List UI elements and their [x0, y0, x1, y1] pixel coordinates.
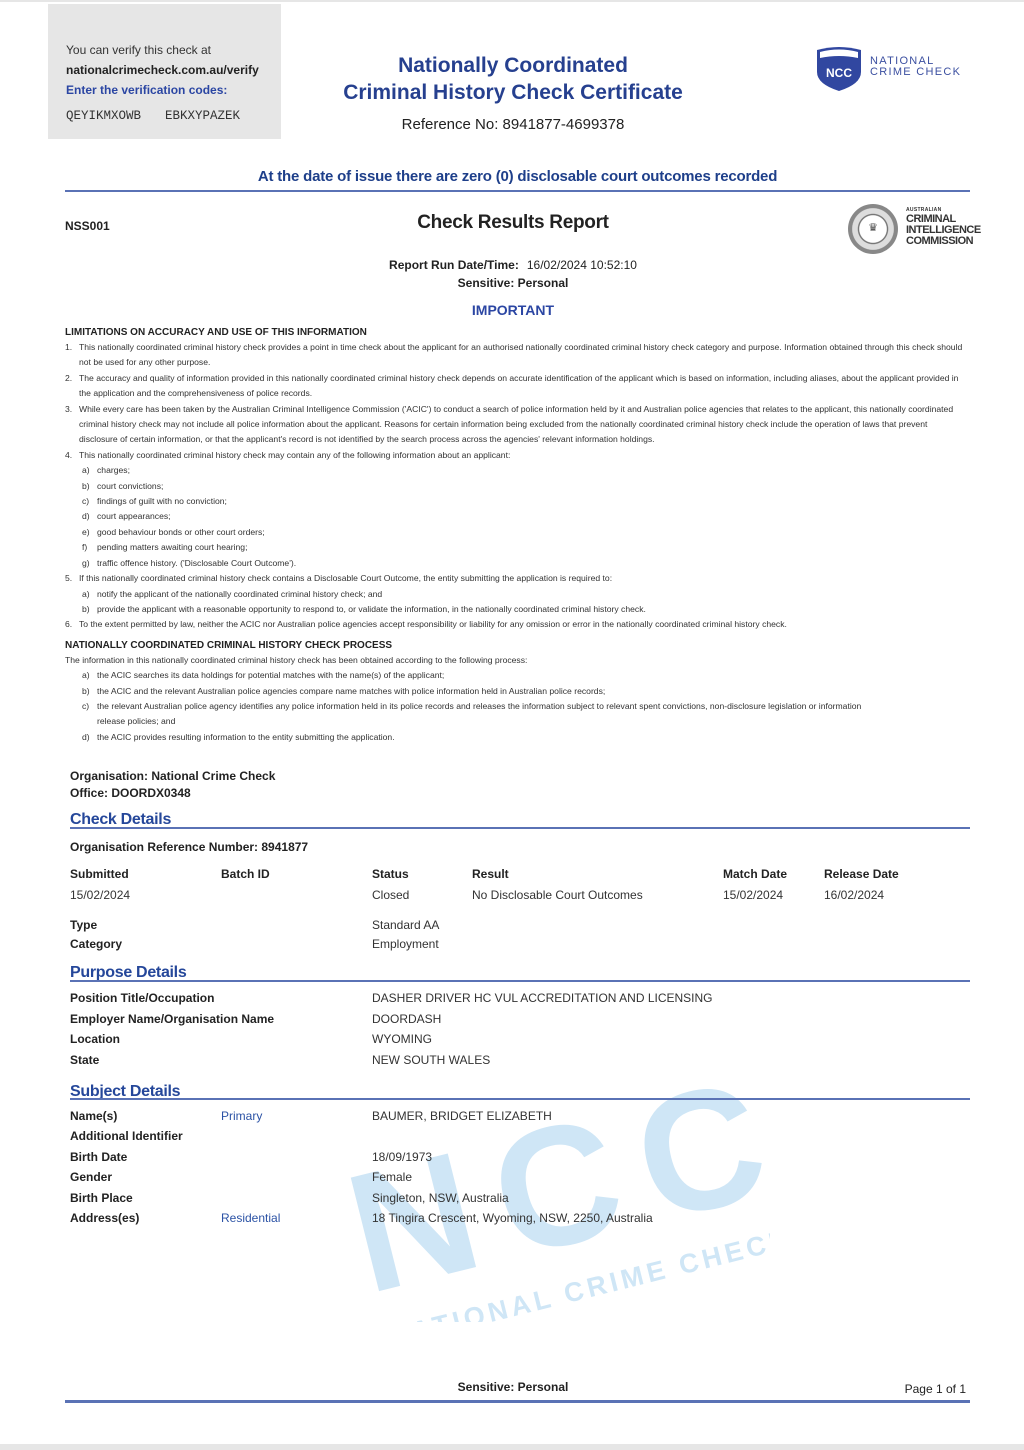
process-intro: The information in this nationally coord… [65, 653, 965, 668]
item-text: While every care has been taken by the A… [79, 404, 953, 445]
col-release-date: Release Date [824, 867, 899, 881]
sub-letter: g) [82, 556, 90, 571]
subject-label: Birth Date [70, 1150, 127, 1164]
subject-details-divider [70, 1098, 970, 1100]
sensitivity-label: Sensitive: Personal [300, 276, 726, 290]
limitation-sub-item: f)pending matters awaiting court hearing… [65, 540, 965, 555]
step-letter: a) [82, 668, 90, 683]
match-date-value: 15/02/2024 [723, 888, 783, 902]
col-match-date: Match Date [723, 867, 787, 881]
sub-letter: a) [82, 587, 90, 602]
sub-text: provide the applicant with a reasonable … [97, 604, 646, 614]
office-code: Office: DOORDX0348 [70, 785, 275, 802]
ncc-logo-line2: Crime Check [870, 67, 961, 78]
sub-text: court appearances; [97, 511, 171, 521]
col-result: Result [472, 867, 509, 881]
item-number: 2. [65, 371, 72, 386]
org-reference-number: Organisation Reference Number: 8941877 [70, 840, 308, 854]
verification-codes: QEYIKMXOWBEBKXYPAZEK [66, 109, 281, 123]
verify-intro: You can verify this check at [66, 40, 281, 60]
limitation-sub-item: e)good behaviour bonds or other court or… [65, 525, 965, 540]
run-label: Report Run Date/Time: [389, 258, 519, 272]
process-heading: NATIONALLY COORDINATED CRIMINAL HISTORY … [65, 639, 965, 653]
subject-label: Additional Identifier [70, 1129, 183, 1143]
limitation-sub-item: g)traffic offence history. ('Disclosable… [65, 556, 965, 571]
release-date-value: 16/02/2024 [824, 888, 884, 902]
acic-logo: ♛ AUSTRALIAN CRIMINAL INTELLIGENCE COMMI… [848, 202, 973, 256]
subject-value: 18 Tingira Crescent, Wyoming, NSW, 2250,… [372, 1211, 653, 1225]
step-letter: d) [82, 730, 90, 745]
acic-line3: COMMISSION [906, 236, 981, 247]
purpose-label: Location [70, 1032, 120, 1046]
process-step: d)the ACIC provides resulting informatio… [65, 730, 965, 745]
svg-text:NATIONAL CRIME CHECK: NATIONAL CRIME CHECK [386, 1223, 770, 1322]
purpose-value: DOORDASH [372, 1012, 441, 1026]
subject-label: Birth Place [70, 1191, 133, 1205]
col-status: Status [372, 867, 409, 881]
subject-value: 18/09/1973 [372, 1150, 432, 1164]
step-text: the ACIC and the relevant Australian pol… [97, 686, 605, 696]
ncc-shield-icon: NCC [815, 46, 863, 92]
step-letter: b) [82, 684, 90, 699]
subject-sub-label: Primary [221, 1109, 262, 1123]
result-value: No Disclosable Court Outcomes [472, 888, 643, 902]
subject-value: BAUMER, BRIDGET ELIZABETH [372, 1109, 552, 1123]
important-heading: IMPORTANT [300, 302, 726, 318]
sub-letter: e) [82, 525, 90, 540]
sub-text: traffic offence history. ('Disclosable C… [97, 558, 296, 568]
report-run-datetime: Report Run Date/Time:16/02/2024 10:52:10 [300, 258, 726, 272]
sub-text: good behaviour bonds or other court orde… [97, 527, 265, 537]
verify-url[interactable]: nationalcrimecheck.com.au/verify [66, 60, 281, 80]
verification-box: You can verify this check at nationalcri… [48, 4, 281, 139]
outcome-banner: At the date of issue there are zero (0) … [65, 168, 970, 185]
sub-text: notify the applicant of the nationally c… [97, 589, 382, 599]
sub-letter: b) [82, 602, 90, 617]
purpose-details-divider [70, 980, 970, 982]
item-number: 6. [65, 617, 72, 632]
purpose-value: NEW SOUTH WALES [372, 1053, 490, 1067]
process-step: c)the relevant Australian police agency … [65, 699, 965, 730]
step-text: the relevant Australian police agency id… [97, 701, 861, 726]
subject-value: Singleton, NSW, Australia [372, 1191, 509, 1205]
step-letter: c) [82, 699, 89, 714]
footer-sensitivity: Sensitive: Personal [300, 1380, 726, 1394]
submitted-value: 15/02/2024 [70, 888, 130, 902]
footer-divider [65, 1400, 970, 1403]
sub-text: findings of guilt with no conviction; [97, 496, 227, 506]
type-label: Type [70, 918, 97, 932]
verification-code-1: QEYIKMXOWB [66, 109, 141, 123]
purpose-label: Employer Name/Organisation Name [70, 1012, 274, 1026]
certificate-title: Nationally Coordinated Criminal History … [300, 52, 726, 106]
item-text: The accuracy and quality of information … [79, 373, 958, 398]
title-line-1: Nationally Coordinated [300, 52, 726, 79]
limitation-sub-item: a)charges; [65, 463, 965, 478]
limitation-item: 5.If this nationally coordinated crimina… [65, 571, 965, 586]
item-number: 4. [65, 448, 72, 463]
item-text: This nationally coordinated criminal his… [79, 450, 510, 460]
limitations-heading: LIMITATIONS ON ACCURACY AND USE OF THIS … [65, 326, 965, 340]
limitation-sub-item: d)court appearances; [65, 509, 965, 524]
subject-label: Gender [70, 1170, 112, 1184]
limitation-sub-item: c)findings of guilt with no conviction; [65, 494, 965, 509]
item-text: If this nationally coordinated criminal … [79, 573, 612, 583]
sub-text: pending matters awaiting court hearing; [97, 542, 247, 552]
banner-divider [65, 190, 970, 192]
organisation-info: Organisation: National Crime Check Offic… [70, 768, 275, 802]
reference-number: Reference No: 8941877-4699378 [300, 116, 726, 133]
subject-label: Name(s) [70, 1109, 117, 1123]
col-batch-id: Batch ID [221, 867, 270, 881]
legal-text: LIMITATIONS ON ACCURACY AND USE OF THIS … [65, 326, 965, 745]
coat-of-arms-icon: ♛ [865, 221, 881, 235]
item-number: 5. [65, 571, 72, 586]
subject-value: Female [372, 1170, 412, 1184]
svg-text:NCC: NCC [826, 66, 852, 80]
sub-letter: f) [82, 540, 87, 555]
sub-text: court convictions; [97, 481, 163, 491]
limitation-item: 4.This nationally coordinated criminal h… [65, 448, 965, 463]
subject-sub-label: Residential [221, 1211, 280, 1225]
purpose-label: State [70, 1053, 99, 1067]
ncc-logo: NCC National Crime Check [815, 46, 975, 94]
certificate-page: You can verify this check at nationalcri… [0, 2, 1024, 1444]
purpose-label: Position Title/Occupation [70, 991, 214, 1005]
sub-letter: b) [82, 479, 90, 494]
limitation-item: 6.To the extent permitted by law, neithe… [65, 617, 965, 632]
limitation-item: 2.The accuracy and quality of informatio… [65, 371, 965, 402]
title-line-2: Criminal History Check Certificate [300, 79, 726, 106]
sub-letter: c) [82, 494, 89, 509]
report-title: Check Results Report [300, 212, 726, 234]
ncc-logo-text: National Crime Check [870, 56, 961, 78]
verify-prompt: Enter the verification codes: [66, 80, 281, 100]
sub-letter: d) [82, 509, 90, 524]
step-text: the ACIC searches its data holdings for … [97, 670, 444, 680]
category-value: Employment [372, 937, 439, 951]
item-number: 3. [65, 402, 72, 417]
type-value: Standard AA [372, 918, 439, 932]
item-text: To the extent permitted by law, neither … [79, 619, 787, 629]
subject-label: Address(es) [70, 1211, 139, 1225]
step-text: the ACIC provides resulting information … [97, 732, 395, 742]
category-label: Category [70, 937, 122, 951]
acic-name: CRIMINAL INTELLIGENCE COMMISSION [906, 214, 981, 247]
organisation-name: Organisation: National Crime Check [70, 768, 275, 785]
process-step: a)the ACIC searches its data holdings fo… [65, 668, 965, 683]
limitation-sub-item: b)court convictions; [65, 479, 965, 494]
item-number: 1. [65, 340, 72, 355]
purpose-value: WYOMING [372, 1032, 432, 1046]
purpose-value: DASHER DRIVER HC VUL ACCREDITATION AND L… [372, 991, 713, 1005]
limitation-sub-item: a)notify the applicant of the nationally… [65, 587, 965, 602]
report-code: NSS001 [65, 219, 110, 233]
col-submitted: Submitted [70, 867, 129, 881]
item-text: This nationally coordinated criminal his… [79, 342, 962, 367]
verification-code-2: EBKXYPAZEK [165, 109, 240, 123]
sub-text: charges; [97, 465, 130, 475]
page-number: Page 1 of 1 [880, 1382, 966, 1396]
check-details-divider [70, 827, 970, 829]
sub-letter: a) [82, 463, 90, 478]
limitations-list: 1.This nationally coordinated criminal h… [65, 340, 965, 633]
status-value: Closed [372, 888, 409, 902]
process-list: a)the ACIC searches its data holdings fo… [65, 668, 965, 745]
limitation-item: 1.This nationally coordinated criminal h… [65, 340, 965, 371]
limitation-sub-item: b)provide the applicant with a reasonabl… [65, 602, 965, 617]
process-step: b)the ACIC and the relevant Australian p… [65, 684, 965, 699]
limitation-item: 3.While every care has been taken by the… [65, 402, 965, 448]
run-value: 16/02/2024 10:52:10 [527, 258, 637, 272]
